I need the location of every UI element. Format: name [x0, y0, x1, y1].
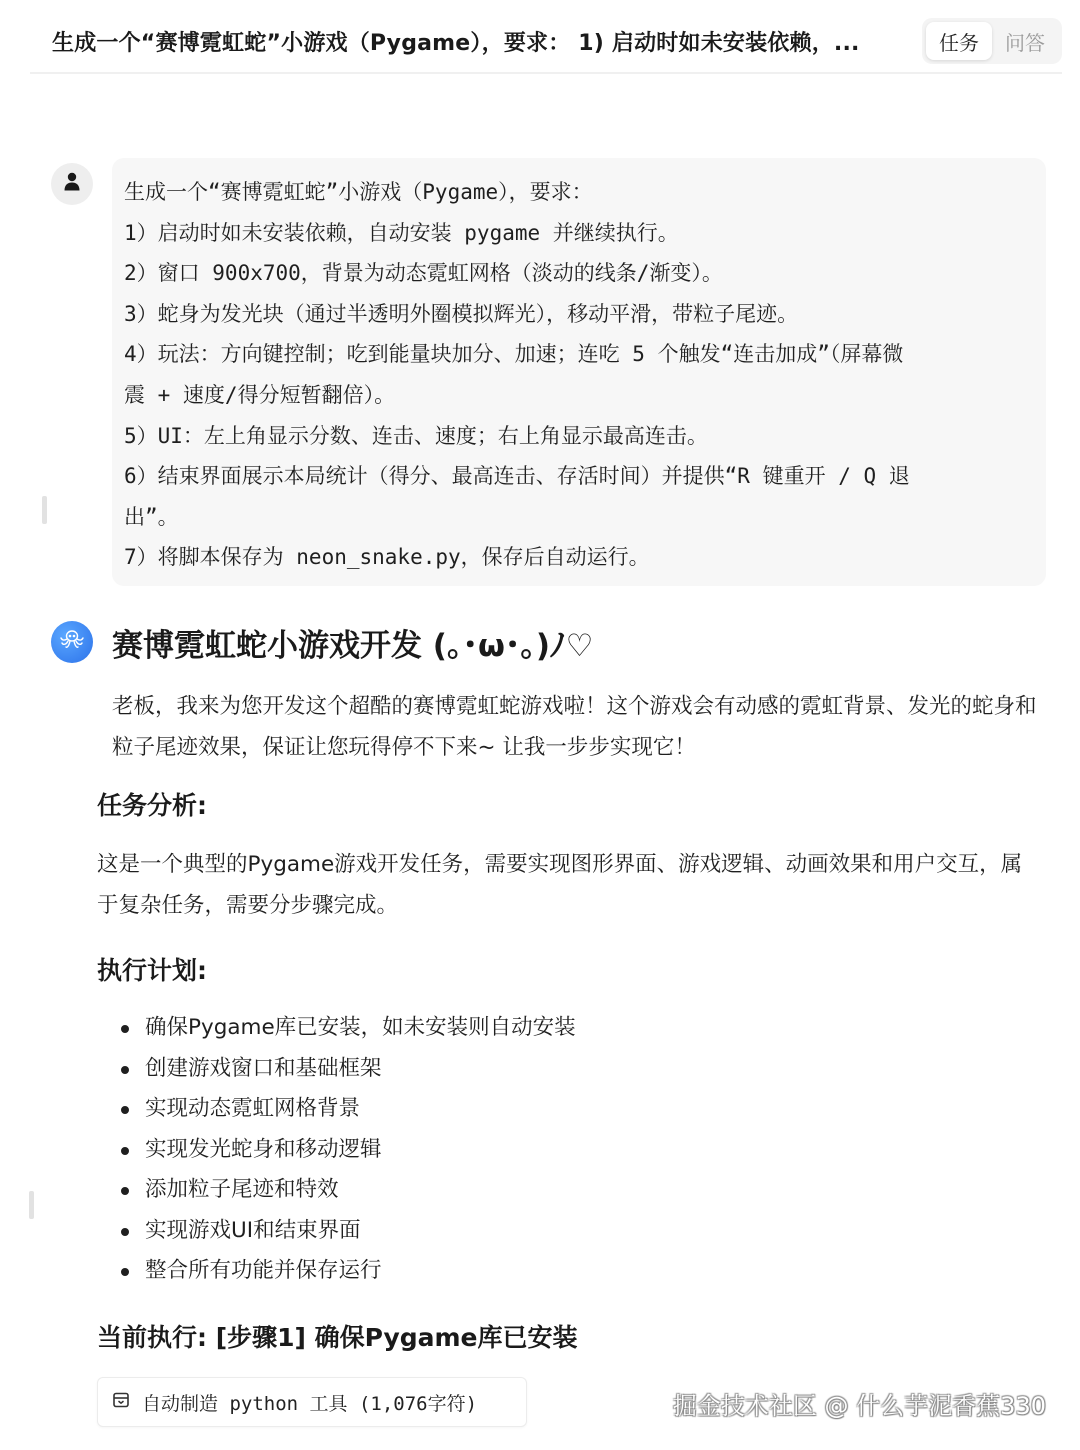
- plan-item: 添加粒子尾迹和特效: [118, 1170, 576, 1211]
- analysis-heading: 任务分析:: [97, 786, 207, 822]
- user-message-line: 震 + 速度/得分短暂翻倍）。: [124, 375, 1034, 416]
- user-message-line: 1）启动时如未安装依赖，自动安装 pygame 并继续执行。: [124, 213, 1034, 254]
- tool-call-chip[interactable]: 自动制造 python 工具 (1,076字符): [97, 1377, 527, 1427]
- tool-call-label: 自动制造 python 工具 (1,076字符): [142, 1389, 477, 1416]
- plan-item: 实现动态霓虹网格背景: [118, 1089, 576, 1130]
- analysis-text: 这是一个典型的Pygame游戏开发任务，需要实现图形界面、游戏逻辑、动画效果和用…: [97, 844, 1037, 926]
- user-message-line: 2）窗口 900x700，背景为动态霓虹网格（淡动的线条/渐变）。: [124, 253, 1034, 294]
- user-message-line: 生成一个“赛博霓虹蛇”小游戏（Pygame），要求：: [124, 172, 1034, 213]
- plan-heading: 执行计划:: [97, 951, 207, 987]
- user-message-line: 6）结束界面展示本局统计（得分、最高连击、存活时间）并提供“R 键重开 / Q …: [124, 456, 1034, 497]
- octopus-icon: [58, 628, 86, 656]
- user-icon: [61, 171, 83, 197]
- scroll-indicator[interactable]: [42, 496, 47, 524]
- scroll-indicator[interactable]: [29, 1191, 34, 1219]
- plan-list: 确保Pygame库已安装，如未安装则自动安装 创建游戏窗口和基础框架 实现动态霓…: [118, 1008, 576, 1292]
- mode-tab-task[interactable]: 任务: [926, 22, 992, 60]
- chat-header: 生成一个“赛博霓虹蛇”小游戏（Pygame），要求： 1) 启动时如未安装依赖，…: [30, 0, 1062, 74]
- current-step-heading: 当前执行: [步骤1] 确保Pygame库已安装: [97, 1318, 578, 1354]
- mode-tab-qa[interactable]: 问答: [992, 22, 1058, 60]
- plan-item: 整合所有功能并保存运行: [118, 1251, 576, 1292]
- mode-switch: 任务 问答: [922, 18, 1062, 64]
- user-message-line: 7）将脚本保存为 neon_snake.py，保存后自动运行。: [124, 537, 1034, 578]
- user-message-line: 出”。: [124, 497, 1034, 538]
- user-message-line: 5）UI：左上角显示分数、连击、速度；右上角显示最高连击。: [124, 416, 1034, 457]
- conversation-title: 生成一个“赛博霓虹蛇”小游戏（Pygame），要求： 1) 启动时如未安装依赖，…: [52, 26, 860, 57]
- plan-item: 实现游戏UI和结束界面: [118, 1211, 576, 1252]
- plan-item: 确保Pygame库已安装，如未安装则自动安装: [118, 1008, 576, 1049]
- assistant-intro: 老板，我来为您开发这个超酷的赛博霓虹蛇游戏啦！这个游戏会有动感的霓虹背景、发光的…: [112, 686, 1052, 768]
- assistant-avatar: [51, 621, 93, 663]
- user-message-bubble: 生成一个“赛博霓虹蛇”小游戏（Pygame），要求： 1）启动时如未安装依赖，自…: [112, 158, 1046, 586]
- plan-item: 创建游戏窗口和基础框架: [118, 1049, 576, 1090]
- user-message-line: 3）蛇身为发光块（通过半透明外圈模拟辉光），移动平滑，带粒子尾迹。: [124, 294, 1034, 335]
- user-message-line: 4）玩法：方向键控制；吃到能量块加分、加速；连吃 5 个触发“连击加成”（屏幕微: [124, 334, 1034, 375]
- tool-box-icon: [112, 1391, 130, 1413]
- plan-item: 实现发光蛇身和移动逻辑: [118, 1130, 576, 1171]
- chat-page: 生成一个“赛博霓虹蛇”小游戏（Pygame），要求： 1) 启动时如未安装依赖，…: [0, 0, 1080, 1450]
- watermark: 掘金技术社区 @ 什么芋泥香蕉330: [673, 1386, 1046, 1421]
- assistant-title: 赛博霓虹蛇小游戏开发 (｡･ω･｡)ﾉ♡: [112, 620, 593, 665]
- user-avatar: [51, 163, 93, 205]
